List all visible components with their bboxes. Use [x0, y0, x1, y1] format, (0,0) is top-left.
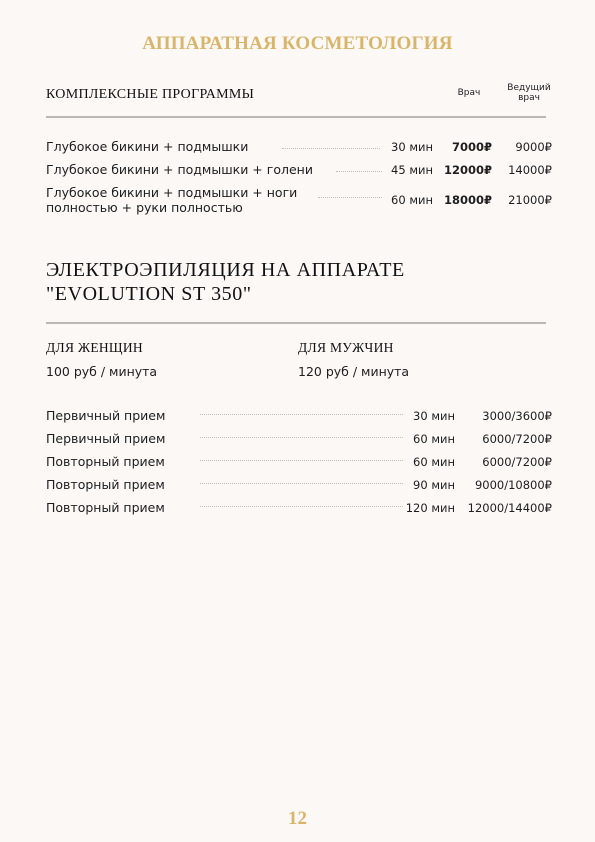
electroepilation-heading: ЭЛЕКТРОЭПИЛЯЦИЯ НА АППАРАТЕ "EVOLUTION S… [46, 258, 405, 306]
divider [46, 322, 546, 324]
service-duration: 60 мин [385, 432, 455, 446]
dotted-leader [200, 437, 403, 438]
page-number: 12 [0, 808, 595, 830]
dotted-leader [200, 483, 403, 484]
service-name: Повторный прием [46, 455, 165, 468]
service-name: Повторный прием [46, 478, 165, 491]
service-duration: 120 мин [385, 501, 455, 515]
column-header-senior-doctor: Ведущий врач [500, 83, 558, 103]
column-header-senior-line2: врач [500, 93, 558, 103]
service-name: Первичный прием [46, 409, 165, 422]
service-price: 6000/7200₽ [462, 455, 552, 469]
service-name-continued: полностью + руки полностью [46, 201, 243, 214]
service-name: Глубокое бикини + подмышки [46, 140, 248, 153]
complex-programs-heading: КОМПЛЕКСНЫЕ ПРОГРАММЫ [46, 87, 254, 103]
service-price: 12000/14400₽ [462, 501, 552, 515]
service-name: Глубокое бикини + подмышки + ноги [46, 186, 297, 199]
dotted-leader [200, 506, 403, 507]
service-name: Глубокое бикини + подмышки + голени [46, 163, 313, 176]
service-duration: 60 мин [385, 455, 455, 469]
service-name: Первичный прием [46, 432, 165, 445]
men-label: ДЛЯ МУЖЧИН [298, 340, 394, 356]
women-label: ДЛЯ ЖЕНЩИН [46, 340, 143, 356]
men-rate: 120 руб / минута [298, 364, 409, 379]
service-price: 3000/3600₽ [462, 409, 552, 423]
heading-line-2: "EVOLUTION ST 350" [46, 282, 405, 306]
dotted-leader [200, 414, 403, 415]
senior-doctor-price: 9000₽ [472, 140, 552, 154]
service-price: 9000/10800₽ [462, 478, 552, 492]
service-name: Повторный прием [46, 501, 165, 514]
divider [46, 116, 546, 118]
heading-line-1: ЭЛЕКТРОЭПИЛЯЦИЯ НА АППАРАТЕ [46, 258, 405, 282]
dotted-leader [200, 460, 403, 461]
column-header-senior-line1: Ведущий [500, 83, 558, 93]
page-title: АППАРАТНАЯ КОСМЕТОЛОГИЯ [0, 33, 595, 55]
women-rate: 100 руб / минута [46, 364, 157, 379]
senior-doctor-price: 14000₽ [472, 163, 552, 177]
service-price: 6000/7200₽ [462, 432, 552, 446]
service-duration: 90 мин [385, 478, 455, 492]
senior-doctor-price: 21000₽ [472, 193, 552, 207]
column-header-doctor: Врач [446, 88, 492, 98]
service-duration: 30 мин [385, 409, 455, 423]
